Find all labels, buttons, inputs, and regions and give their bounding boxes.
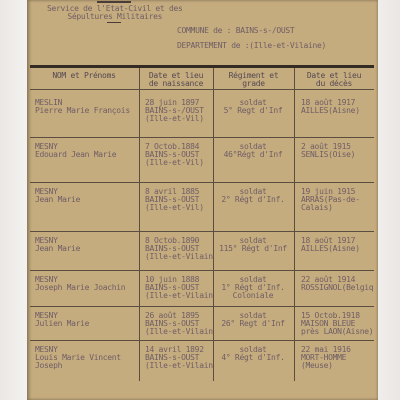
cell-regiment: soldat 26° Regt d'Inf: [214, 307, 295, 340]
cell-name: MESNY Jean Marie: [30, 232, 140, 270]
cell-regiment: soldat 5° Regt d'Inf: [214, 90, 295, 137]
cell-name: MESNY Louis Marie Vincent Joseph: [30, 341, 140, 381]
scanned-document: Service de l'Etat-Civil et des Sépulture…: [0, 0, 400, 400]
region-block: COMMUNE de : BAINS-s-/OUST DEPARTEMENT d…: [177, 27, 326, 57]
service-block: Service de l'Etat-Civil et des Sépulture…: [47, 5, 183, 21]
header-deces: Date et lieu du décès: [295, 68, 374, 89]
header-regiment: Régiment et grade: [214, 68, 295, 89]
table-row: MESLIN Pierre Marie François 28 juin 189…: [30, 90, 374, 138]
cell-regiment: soldat 4° Régt d'Inf.: [214, 341, 295, 381]
departement-line: DEPARTEMENT de :(Ille-et-Vilaine): [177, 42, 326, 50]
cell-death: 2 août 1915 SENLIS(Oise): [295, 138, 374, 182]
table-header-row: NOM et Prénoms Date et lieu de naissance…: [30, 68, 374, 90]
table-row: MESNY Louis Marie Vincent Joseph 14 avri…: [30, 341, 374, 381]
cell-death: 18 août 1917 AILLES(Aisne): [295, 90, 374, 137]
table-row: MESNY Edouard Jean Marie 7 Octob.1884 BA…: [30, 138, 374, 183]
cell-regiment: soldat 2° Régt d'Inf.: [214, 183, 295, 231]
cell-name: MESNY Edouard Jean Marie: [30, 138, 140, 182]
cell-birth: 8 avril 1885 BAINS-s-OUST (Ille-et-Vil): [140, 183, 214, 231]
table-row: MESNY Jean Marie 8 Octob.1890 BAINS-s-OU…: [30, 232, 374, 271]
header-nom: NOM et Prénoms: [30, 68, 140, 89]
table-row: MESNY Julien Marie 26 août 1895 BAINS-s-…: [30, 307, 374, 341]
cell-regiment: soldat 115° Régt d'Inf: [214, 232, 295, 270]
cell-regiment: soldat 46°Régt d'Inf: [214, 138, 295, 182]
departement-label: DEPARTEMENT de :: [177, 41, 249, 50]
cell-death: 22 mai 1916 MORT-HOMME (Meuse): [295, 341, 374, 381]
cell-name: MESNY Julien Marie: [30, 307, 140, 340]
header-naissance: Date et lieu de naissance: [140, 68, 214, 89]
cell-name: MESNY Jean Marie: [30, 183, 140, 231]
cell-regiment: soldat 1° Régt d'Inf. Coloniale: [214, 271, 295, 306]
separator-dash-mid: [107, 22, 121, 23]
commune-label: COMMUNE de :: [177, 26, 231, 35]
cell-birth: 7 Octob.1884 BAINS-s-OUST (Ille-et-Vil): [140, 138, 214, 182]
cell-birth: 28 juin 1897 BAINS-s-/OUST (Ille-et-Vil): [140, 90, 214, 137]
commune-line: COMMUNE de : BAINS-s-/OUST: [177, 27, 326, 35]
cell-name: MESNY Joseph Marie Joachin: [30, 271, 140, 306]
cell-birth: 14 avril 1892 BAINS-s-OUST (Ille-et-Vila…: [140, 341, 214, 381]
cell-death: 18 août 1917 AILLES(Aisne): [295, 232, 374, 270]
separator-dash-top: [97, 1, 131, 3]
cell-birth: 8 Octob.1890 BAINS-s-OUST (Ille-et-Vilai…: [140, 232, 214, 270]
service-line-2: Sépultures Militaires: [47, 13, 183, 21]
paper-sheet: Service de l'Etat-Civil et des Sépulture…: [27, 0, 378, 400]
table-row: MESNY Joseph Marie Joachin 10 juin 1888 …: [30, 271, 374, 307]
cell-birth: 26 août 1895 BAINS-s-OUST (Ille-et-Vilai…: [140, 307, 214, 340]
cell-death: 19 juin 1915 ARRAS(Pas-de- Calais): [295, 183, 374, 231]
departement-value: (Ille-et-Vilaine): [249, 41, 326, 50]
cell-name: MESLIN Pierre Marie François: [30, 90, 140, 137]
death-register-table: NOM et Prénoms Date et lieu de naissance…: [30, 65, 374, 381]
cell-death: 22 août 1914 ROSSIGNOL(Belgique: [295, 271, 374, 306]
cell-death: 15 Octob.1918 MAISON BLEUE près LAON(Ais…: [295, 307, 374, 340]
commune-value: BAINS-s-/OUST: [236, 26, 295, 35]
cell-birth: 10 juin 1888 BAINS-s-OUST (Ille-et-Vilai…: [140, 271, 214, 306]
table-row: MESNY Jean Marie 8 avril 1885 BAINS-s-OU…: [30, 183, 374, 232]
